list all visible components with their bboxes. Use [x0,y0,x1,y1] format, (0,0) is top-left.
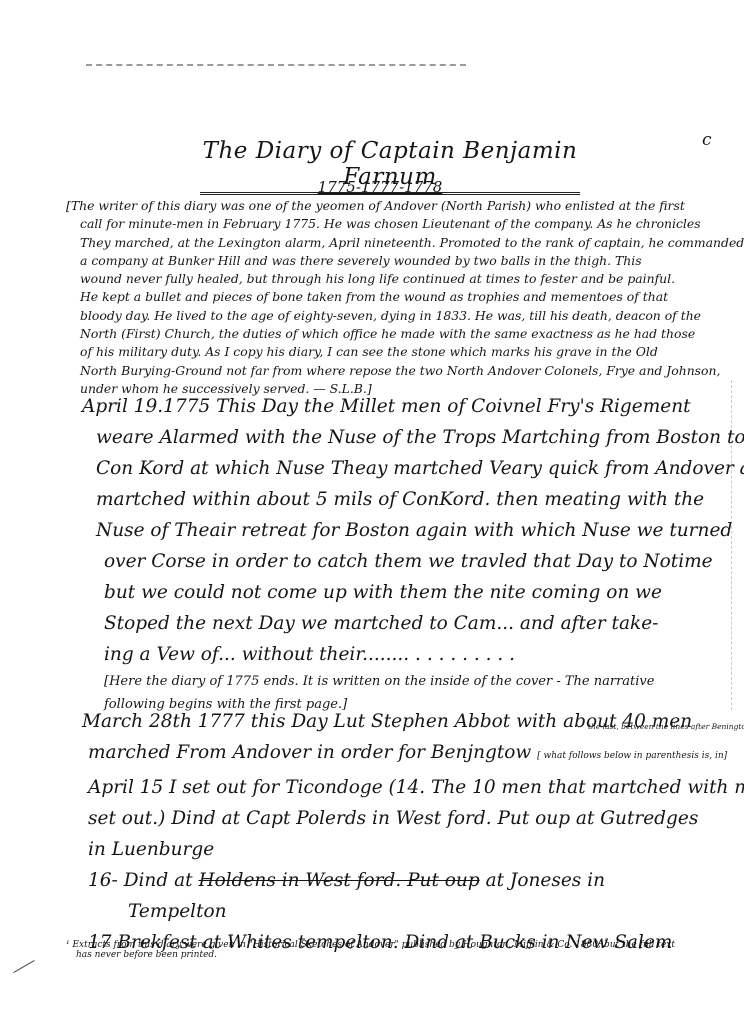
diary-entry-1775: April 19.1775 This Day the Millet men of… [82,391,722,716]
diary-line: ing a Vew of... without their........ . … [82,639,722,670]
diary-line: Con Kord at which Nuse Theay martched Ve… [82,453,722,484]
bracketed-note: [ what follows below in parenthesis is, … [537,751,727,761]
diary-line: over Corse in order to catch them we tra… [82,546,722,577]
document-page: c The Diary of Captain Benjamin Farnum 1… [0,0,744,1024]
diary-line: but we could not come up with them the n… [82,577,722,608]
diary-line: in Luenburge [82,834,742,865]
diary-line: martched within about 5 mils of ConKord.… [82,484,722,515]
intro-line: [The writer of this diary was one of the… [66,197,736,215]
entry-text: Dind at [124,870,193,891]
footnote: ¹ Extracts from this diary were given in… [66,940,736,960]
margin-pen-mark [13,960,34,973]
diary-line: marched From Andover in order for Benjng… [82,737,742,772]
editor-note-line: [Here the diary of 1775 ends. It is writ… [104,670,722,693]
intro-line: North Burying-Ground not far from where … [66,362,736,380]
diary-line-16: 16- Dind at Holdens in West ford. Put ou… [82,865,742,896]
corner-mark: c [702,130,712,150]
diary-line: Stoped the next Day we martched to Cam..… [82,608,722,639]
diary-line: weare Alarmed with the Nuse of the Trops… [82,422,722,453]
struck-text: Holdens in West ford. Put oup [198,870,479,891]
intro-line: call for minute-men in February 1775. He… [66,215,736,233]
diary-line: set out.) Dind at Capt Polerds in West f… [82,803,742,834]
footnote-line: has never before been printed. [66,950,736,960]
document-years: 1775-1777-1778 [300,178,460,196]
diary-line: March 28th 1777 this Day Lut Stephen Abb… [82,706,742,737]
diary-line: Tempelton [82,896,742,927]
footnote-line: ¹ Extracts from this diary were given in… [66,940,736,950]
intro-line: North (First) Church, the duties of whic… [66,325,736,343]
entry-text: at Joneses in [486,870,605,891]
header-dashed-rule [86,64,466,66]
diary-entry-1777: March 28th 1777 this Day Lut Stephen Abb… [82,706,742,958]
entry-number: 16- [88,870,118,891]
intro-line: He kept a bullet and pieces of bone take… [66,288,736,306]
intro-line: of his military duty. As I copy his diar… [66,343,736,361]
intro-line: wound never fully healed, but through hi… [66,270,736,288]
diary-line: April 15 I set out for Ticondoge (14. Th… [82,772,742,803]
diary-line: Nuse of Theair retreat for Boston again … [82,515,722,546]
intro-line: bloody day. He lived to the age of eight… [66,307,736,325]
editor-introduction: [The writer of this diary was one of the… [66,197,736,398]
diary-line: April 19.1775 This Day the Millet men of… [82,391,722,422]
diary-line-text: marched From Andover in order for Benjng… [88,742,531,763]
intro-line: They marched, at the Lexington alarm, Ap… [66,234,736,252]
intro-line: a company at Bunker Hill and was there s… [66,252,736,270]
